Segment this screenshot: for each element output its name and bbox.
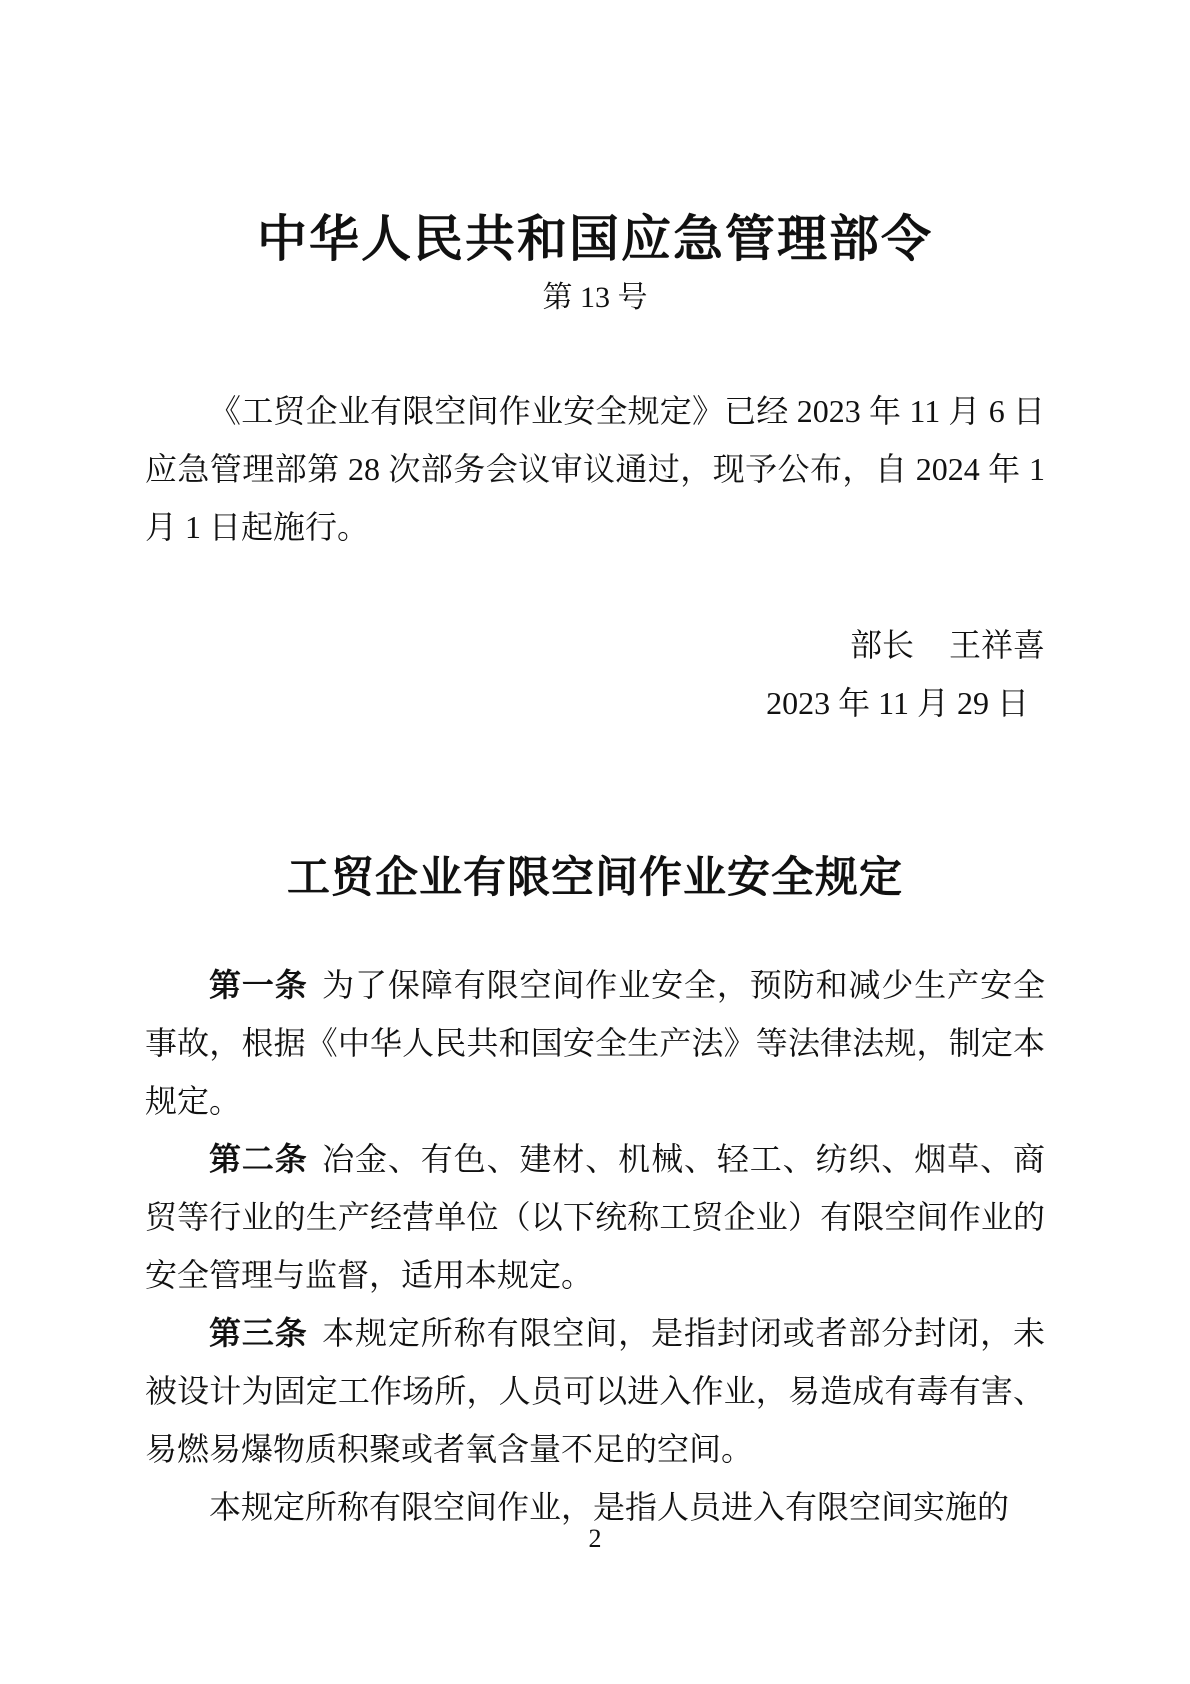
article-paragraph-2: 第二条冶金、有色、建材、机械、轻工、纺织、烟草、商贸等行业的生产经营单位（以下统… xyxy=(145,1130,1045,1304)
article-number-2: 第二条 xyxy=(209,1141,308,1177)
article-text-4: 本规定所称有限空间作业，是指人员进入有限空间实施的 xyxy=(209,1489,1009,1525)
document-page: 中华人民共和国应急管理部令 第 13 号 《工贸企业有限空间作业安全规定》已经 … xyxy=(0,0,1190,1684)
article-paragraph-3: 第三条本规定所称有限空间，是指封闭或者部分封闭，未被设计为固定工作场所，人员可以… xyxy=(145,1304,1045,1478)
order-body-paragraph: 《工贸企业有限空间作业安全规定》已经 2023 年 11 月 6 日应急管理部第… xyxy=(145,382,1045,556)
article-number-1: 第一条 xyxy=(209,967,308,1003)
signature-date: 2023 年 11 月 29 日 xyxy=(145,674,1045,732)
article-number-3: 第三条 xyxy=(209,1315,308,1351)
regulation-title: 工贸企业有限空间作业安全规定 xyxy=(145,854,1045,904)
page-number: 2 xyxy=(0,1524,1190,1554)
order-number: 第 13 号 xyxy=(145,280,1045,316)
regulation-articles: 第一条为了保障有限空间作业安全，预防和减少生产安全事故，根据《中华人民共和国安全… xyxy=(145,956,1045,1536)
signature-line: 部长王祥喜 xyxy=(145,616,1045,674)
signer-name: 王祥喜 xyxy=(949,627,1045,663)
article-paragraph-1: 第一条为了保障有限空间作业安全，预防和减少生产安全事故，根据《中华人民共和国安全… xyxy=(145,956,1045,1130)
signature-block: 部长王祥喜 2023 年 11 月 29 日 xyxy=(145,616,1045,732)
signer-title: 部长 xyxy=(850,627,914,663)
order-title: 中华人民共和国应急管理部令 xyxy=(145,0,1045,268)
